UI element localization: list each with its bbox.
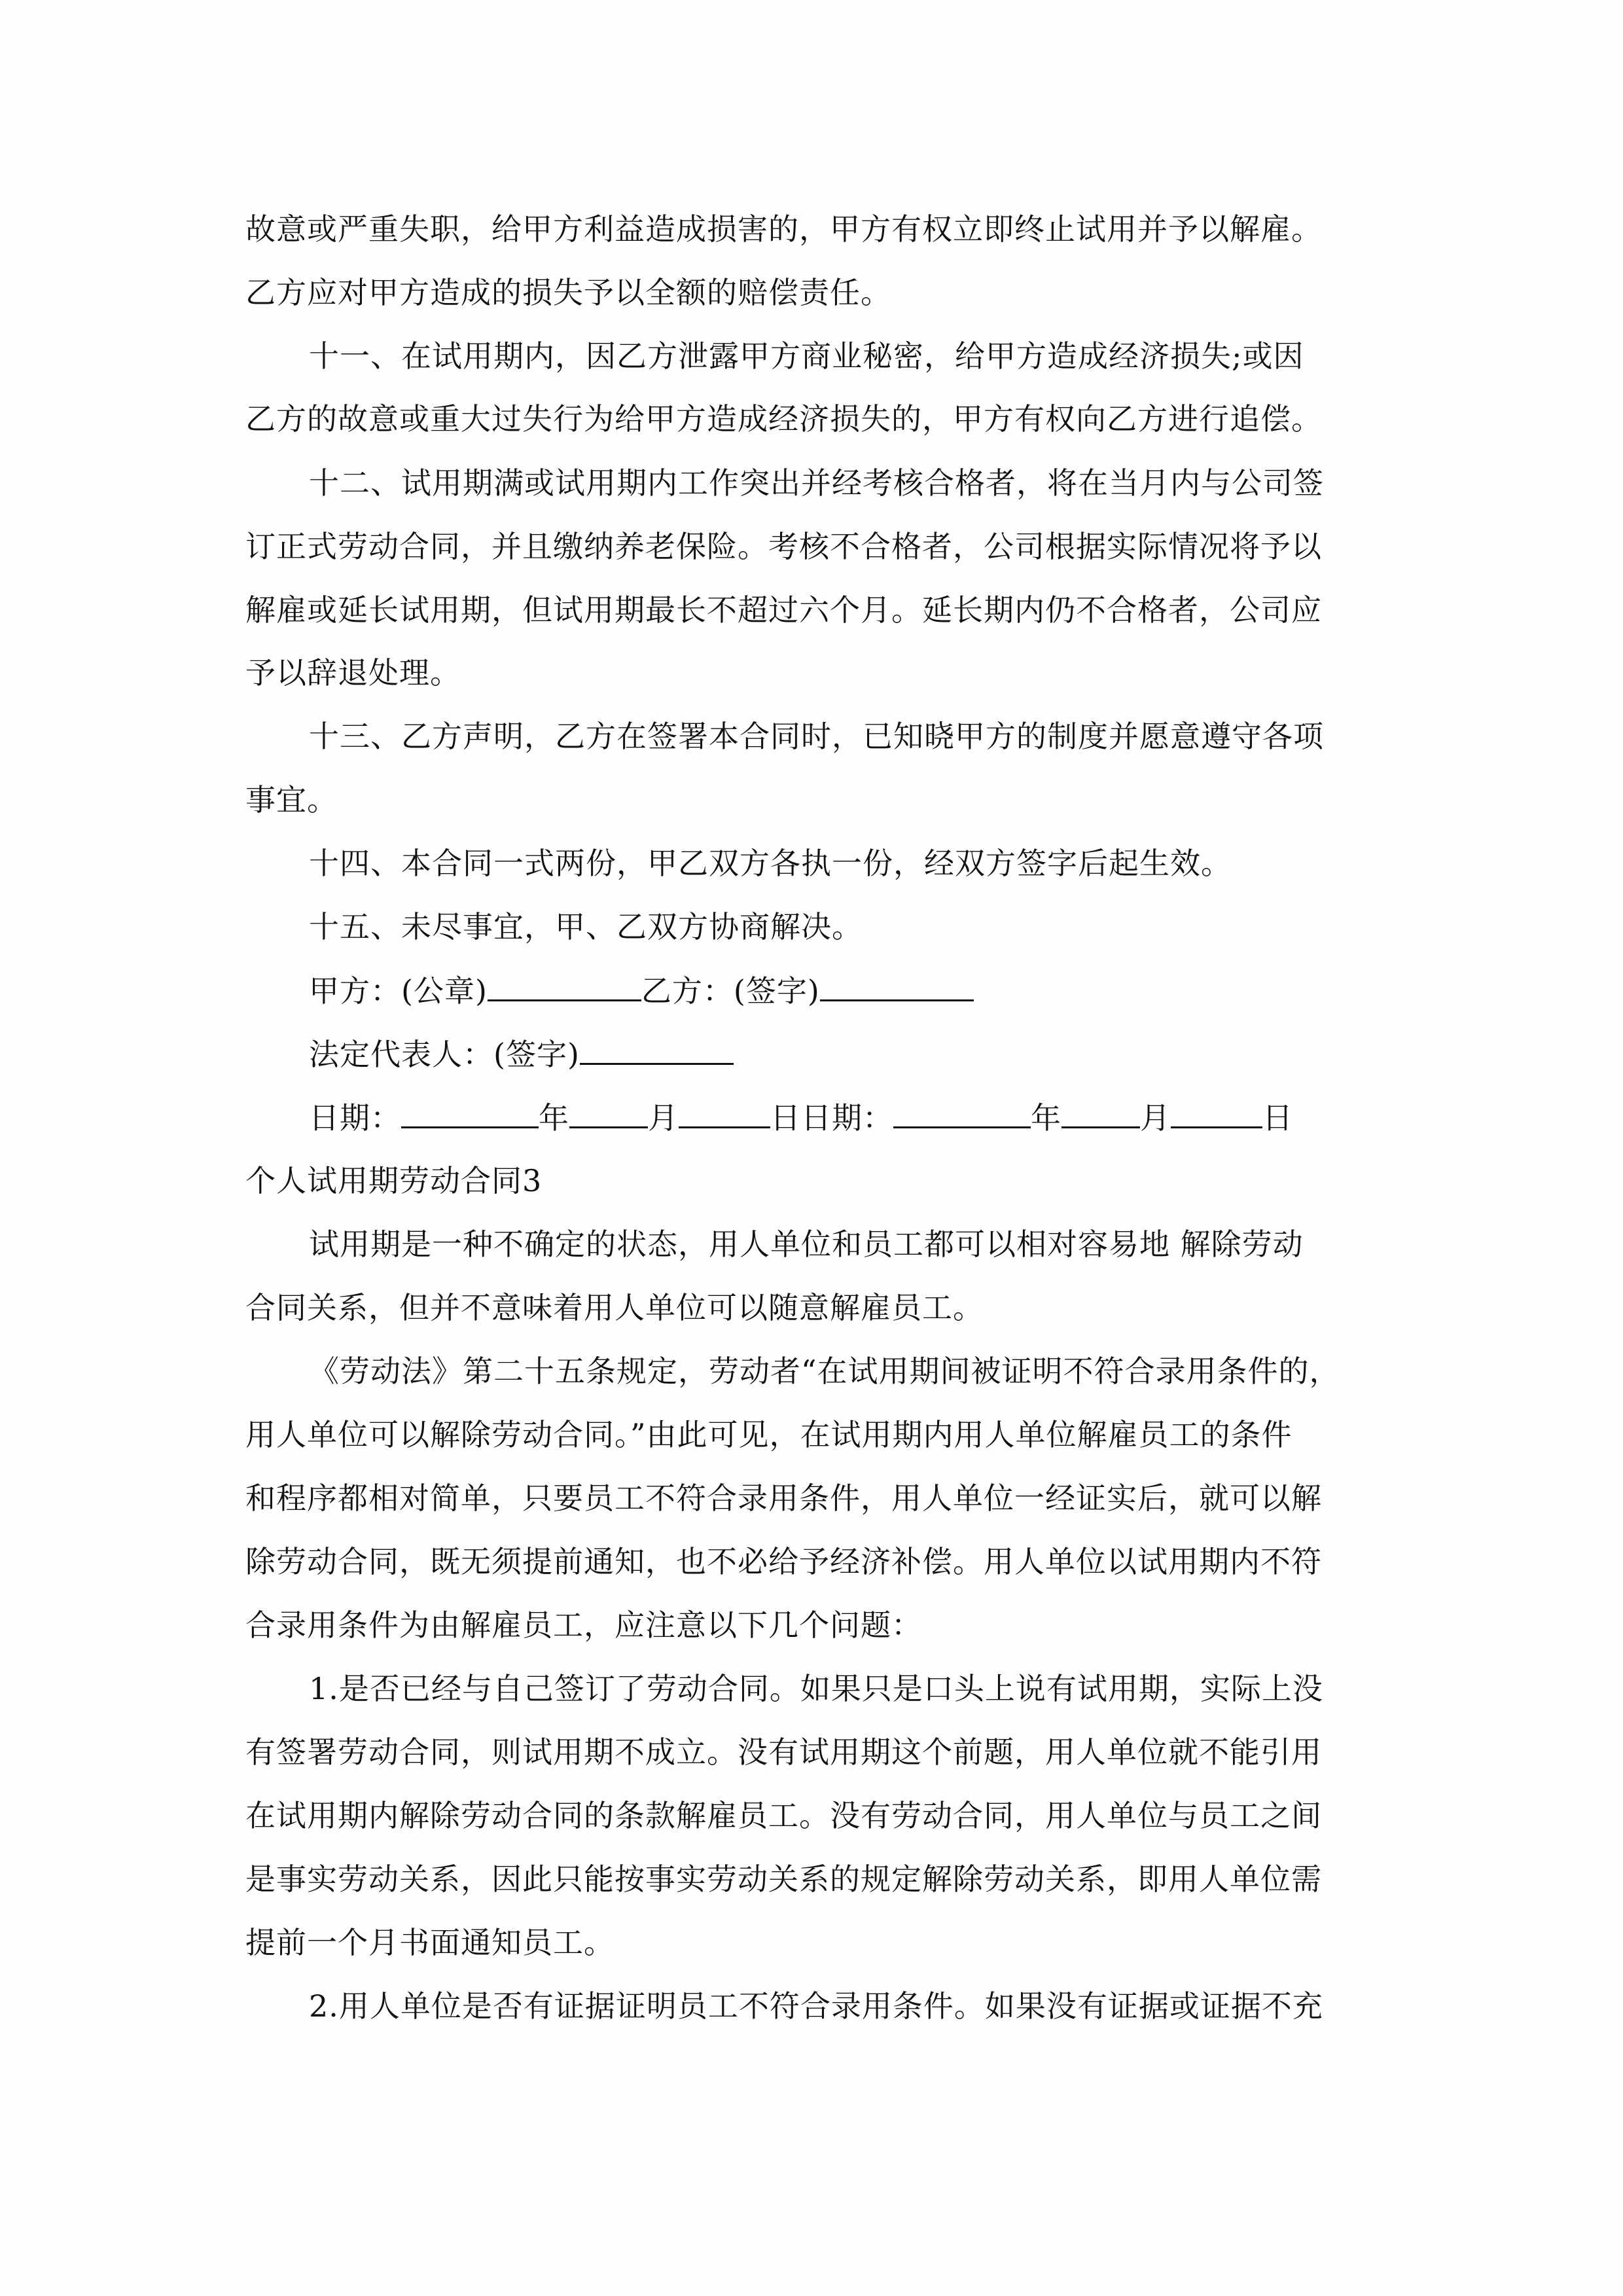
day-blank-a[interactable] bbox=[679, 1098, 770, 1128]
paragraph-line: 故意或严重失职，给甲方利益造成损害的，甲方有权立即终止试用并予以解雇。 bbox=[245, 209, 1322, 249]
paragraph-line: 除劳动合同，既无须提前通知，也不必给予经济补偿。用人单位以试用期内不符 bbox=[245, 1542, 1322, 1581]
paragraph-line: 1.是否已经与自己签订了劳动合同。如果只是口头上说有试用期，实际上没 bbox=[309, 1669, 1323, 1708]
paragraph-line: 解雇或延长试用期，但试用期最长不超过六个月。延长期内仍不合格者，公司应 bbox=[245, 590, 1322, 630]
date-label: 日期： bbox=[801, 1100, 893, 1136]
legal-rep-line: 法定代表人：(签字) bbox=[309, 1034, 734, 1074]
year-label: 年 bbox=[1031, 1100, 1061, 1136]
section-title: 个人试用期劳动合同3 bbox=[245, 1161, 542, 1200]
day-label: 日 bbox=[770, 1100, 801, 1136]
day-blank-b[interactable] bbox=[1171, 1098, 1262, 1128]
paragraph-line: 2.用人单位是否有证据证明员工不符合录用条件。如果没有证据或证据不充 bbox=[309, 1986, 1323, 2026]
month-blank-b[interactable] bbox=[1061, 1098, 1140, 1128]
paragraph-line: 有签署劳动合同，则试用期不成立。没有试用期这个前题，用人单位就不能引用 bbox=[245, 1732, 1322, 1772]
paragraph-line: 《劳动法》第二十五条规定，劳动者“在试用期间被证明不符合录用条件的， bbox=[309, 1352, 1340, 1391]
day-label: 日 bbox=[1262, 1100, 1293, 1136]
party-b-label: 乙方：(签字) bbox=[641, 973, 820, 1009]
paragraph-line: 提前一个月书面通知员工。 bbox=[245, 1923, 615, 1962]
paragraph-line: 合录用条件为由解雇员工，应注意以下几个问题： bbox=[245, 1605, 922, 1645]
month-label: 月 bbox=[648, 1100, 679, 1136]
paragraph-line: 订正式劳动合同，并且缴纳养老保险。考核不合格者，公司根据实际情况将予以 bbox=[245, 527, 1322, 566]
year-blank-a[interactable] bbox=[401, 1098, 539, 1128]
month-label: 月 bbox=[1140, 1100, 1171, 1136]
paragraph-line: 是事实劳动关系，因此只能按事实劳动关系的规定解除劳动关系，即用人单位需 bbox=[245, 1859, 1322, 1899]
legal-rep-sign-blank[interactable] bbox=[580, 1034, 734, 1065]
paragraph-line: 用人单位可以解除劳动合同。”由此可见，在试用期内用人单位解雇员工的条件 bbox=[245, 1415, 1293, 1454]
paragraph-line: 十四、本合同一式两份，甲乙双方各执一份，经双方签字后起生效。 bbox=[309, 844, 1232, 883]
paragraph-line: 试用期是一种不确定的状态，用人单位和员工都可以相对容易地 解除劳动 bbox=[309, 1225, 1304, 1264]
party-b-sign-blank[interactable] bbox=[820, 971, 974, 1001]
paragraph-line: 在试用期内解除劳动合同的条款解雇员工。没有劳动合同，用人单位与员工之间 bbox=[245, 1796, 1322, 1835]
year-blank-b[interactable] bbox=[893, 1098, 1031, 1128]
document-page: 故意或严重失职，给甲方利益造成损害的，甲方有权立即终止试用并予以解雇。 乙方应对… bbox=[0, 0, 1623, 2296]
date-label: 日期： bbox=[309, 1100, 401, 1136]
paragraph-line: 十二、试用期满或试用期内工作突出并经考核合格者，将在当月内与公司签 bbox=[309, 463, 1324, 503]
legal-rep-label: 法定代表人：(签字) bbox=[309, 1037, 580, 1072]
paragraph-line: 和程序都相对简单，只要员工不符合录用条件，用人单位一经证实后，就可以解 bbox=[245, 1479, 1322, 1518]
paragraph-line: 十一、在试用期内，因乙方泄露甲方商业秘密，给甲方造成经济损失;或因 bbox=[309, 336, 1304, 376]
paragraph-line: 予以辞退处理。 bbox=[245, 653, 461, 692]
month-blank-a[interactable] bbox=[569, 1098, 648, 1128]
paragraph-line: 合同关系，但并不意味着用人单位可以随意解雇员工。 bbox=[245, 1288, 984, 1327]
party-a-label: 甲方：(公章) bbox=[309, 973, 488, 1009]
paragraph-line: 十三、乙方声明，乙方在签署本合同时，已知晓甲方的制度并愿意遵守各项 bbox=[309, 717, 1324, 756]
signature-parties-line: 甲方：(公章)乙方：(签字) bbox=[309, 971, 974, 1011]
date-line: 日期：年月日日期：年月日 bbox=[309, 1098, 1293, 1138]
party-a-seal-blank[interactable] bbox=[488, 971, 641, 1001]
paragraph-line: 事宜。 bbox=[245, 780, 338, 819]
paragraph-line: 乙方应对甲方造成的损失予以全额的赔偿责任。 bbox=[245, 273, 891, 312]
paragraph-line: 乙方的故意或重大过失行为给甲方造成经济损失的，甲方有权向乙方进行追偿。 bbox=[245, 399, 1322, 439]
paragraph-line: 十五、未尽事宜，甲、乙双方协商解决。 bbox=[309, 907, 863, 946]
year-label: 年 bbox=[539, 1100, 569, 1136]
